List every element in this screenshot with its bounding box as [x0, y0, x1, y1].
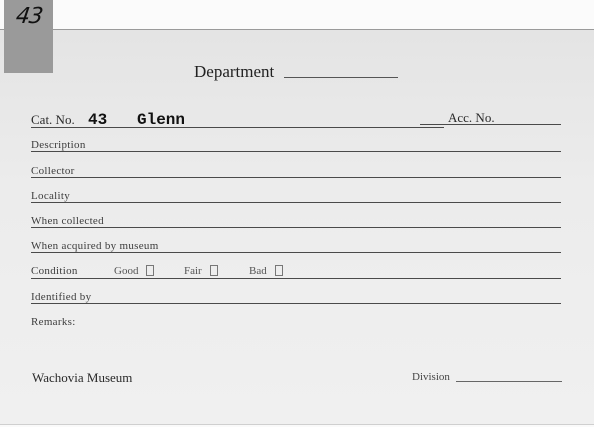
condition-bad-label: Bad: [249, 265, 267, 277]
description-label: Description: [31, 139, 86, 151]
cat-no-label: Cat. No.: [31, 112, 75, 128]
condition-option-good[interactable]: Good: [114, 265, 154, 277]
locality-line[interactable]: [31, 202, 561, 203]
condition-option-bad[interactable]: Bad: [249, 265, 283, 277]
index-tab: 43: [4, 0, 53, 73]
condition-label: Condition: [31, 265, 78, 277]
checkbox-good[interactable]: [146, 265, 154, 276]
scan-background: [0, 0, 594, 29]
identified-by-label: Identified by: [31, 291, 91, 303]
museum-name: Wachovia Museum: [32, 370, 132, 386]
when-collected-line[interactable]: [31, 227, 561, 228]
tab-number: 43: [14, 4, 44, 29]
acc-no-line[interactable]: [420, 124, 561, 125]
remarks-area[interactable]: [31, 330, 561, 364]
identified-by-line[interactable]: [31, 303, 561, 304]
locality-label: Locality: [31, 190, 70, 202]
division-line[interactable]: [456, 381, 562, 382]
when-acquired-line[interactable]: [31, 252, 561, 253]
when-collected-label: When collected: [31, 215, 104, 227]
collector-label: Collector: [31, 165, 75, 177]
condition-line: [31, 278, 561, 279]
condition-option-fair[interactable]: Fair: [184, 265, 218, 277]
checkbox-fair[interactable]: [210, 265, 218, 276]
when-acquired-label: When acquired by museum: [31, 240, 159, 252]
department-label: Department: [194, 62, 274, 82]
condition-fair-label: Fair: [184, 265, 202, 277]
description-line[interactable]: [31, 151, 561, 152]
cat-no-line: [31, 127, 444, 128]
collector-line[interactable]: [31, 177, 561, 178]
checkbox-bad[interactable]: [275, 265, 283, 276]
division-label: Division: [412, 371, 450, 383]
department-field-line[interactable]: [284, 77, 398, 78]
condition-good-label: Good: [114, 265, 138, 277]
remarks-label: Remarks:: [31, 316, 76, 328]
